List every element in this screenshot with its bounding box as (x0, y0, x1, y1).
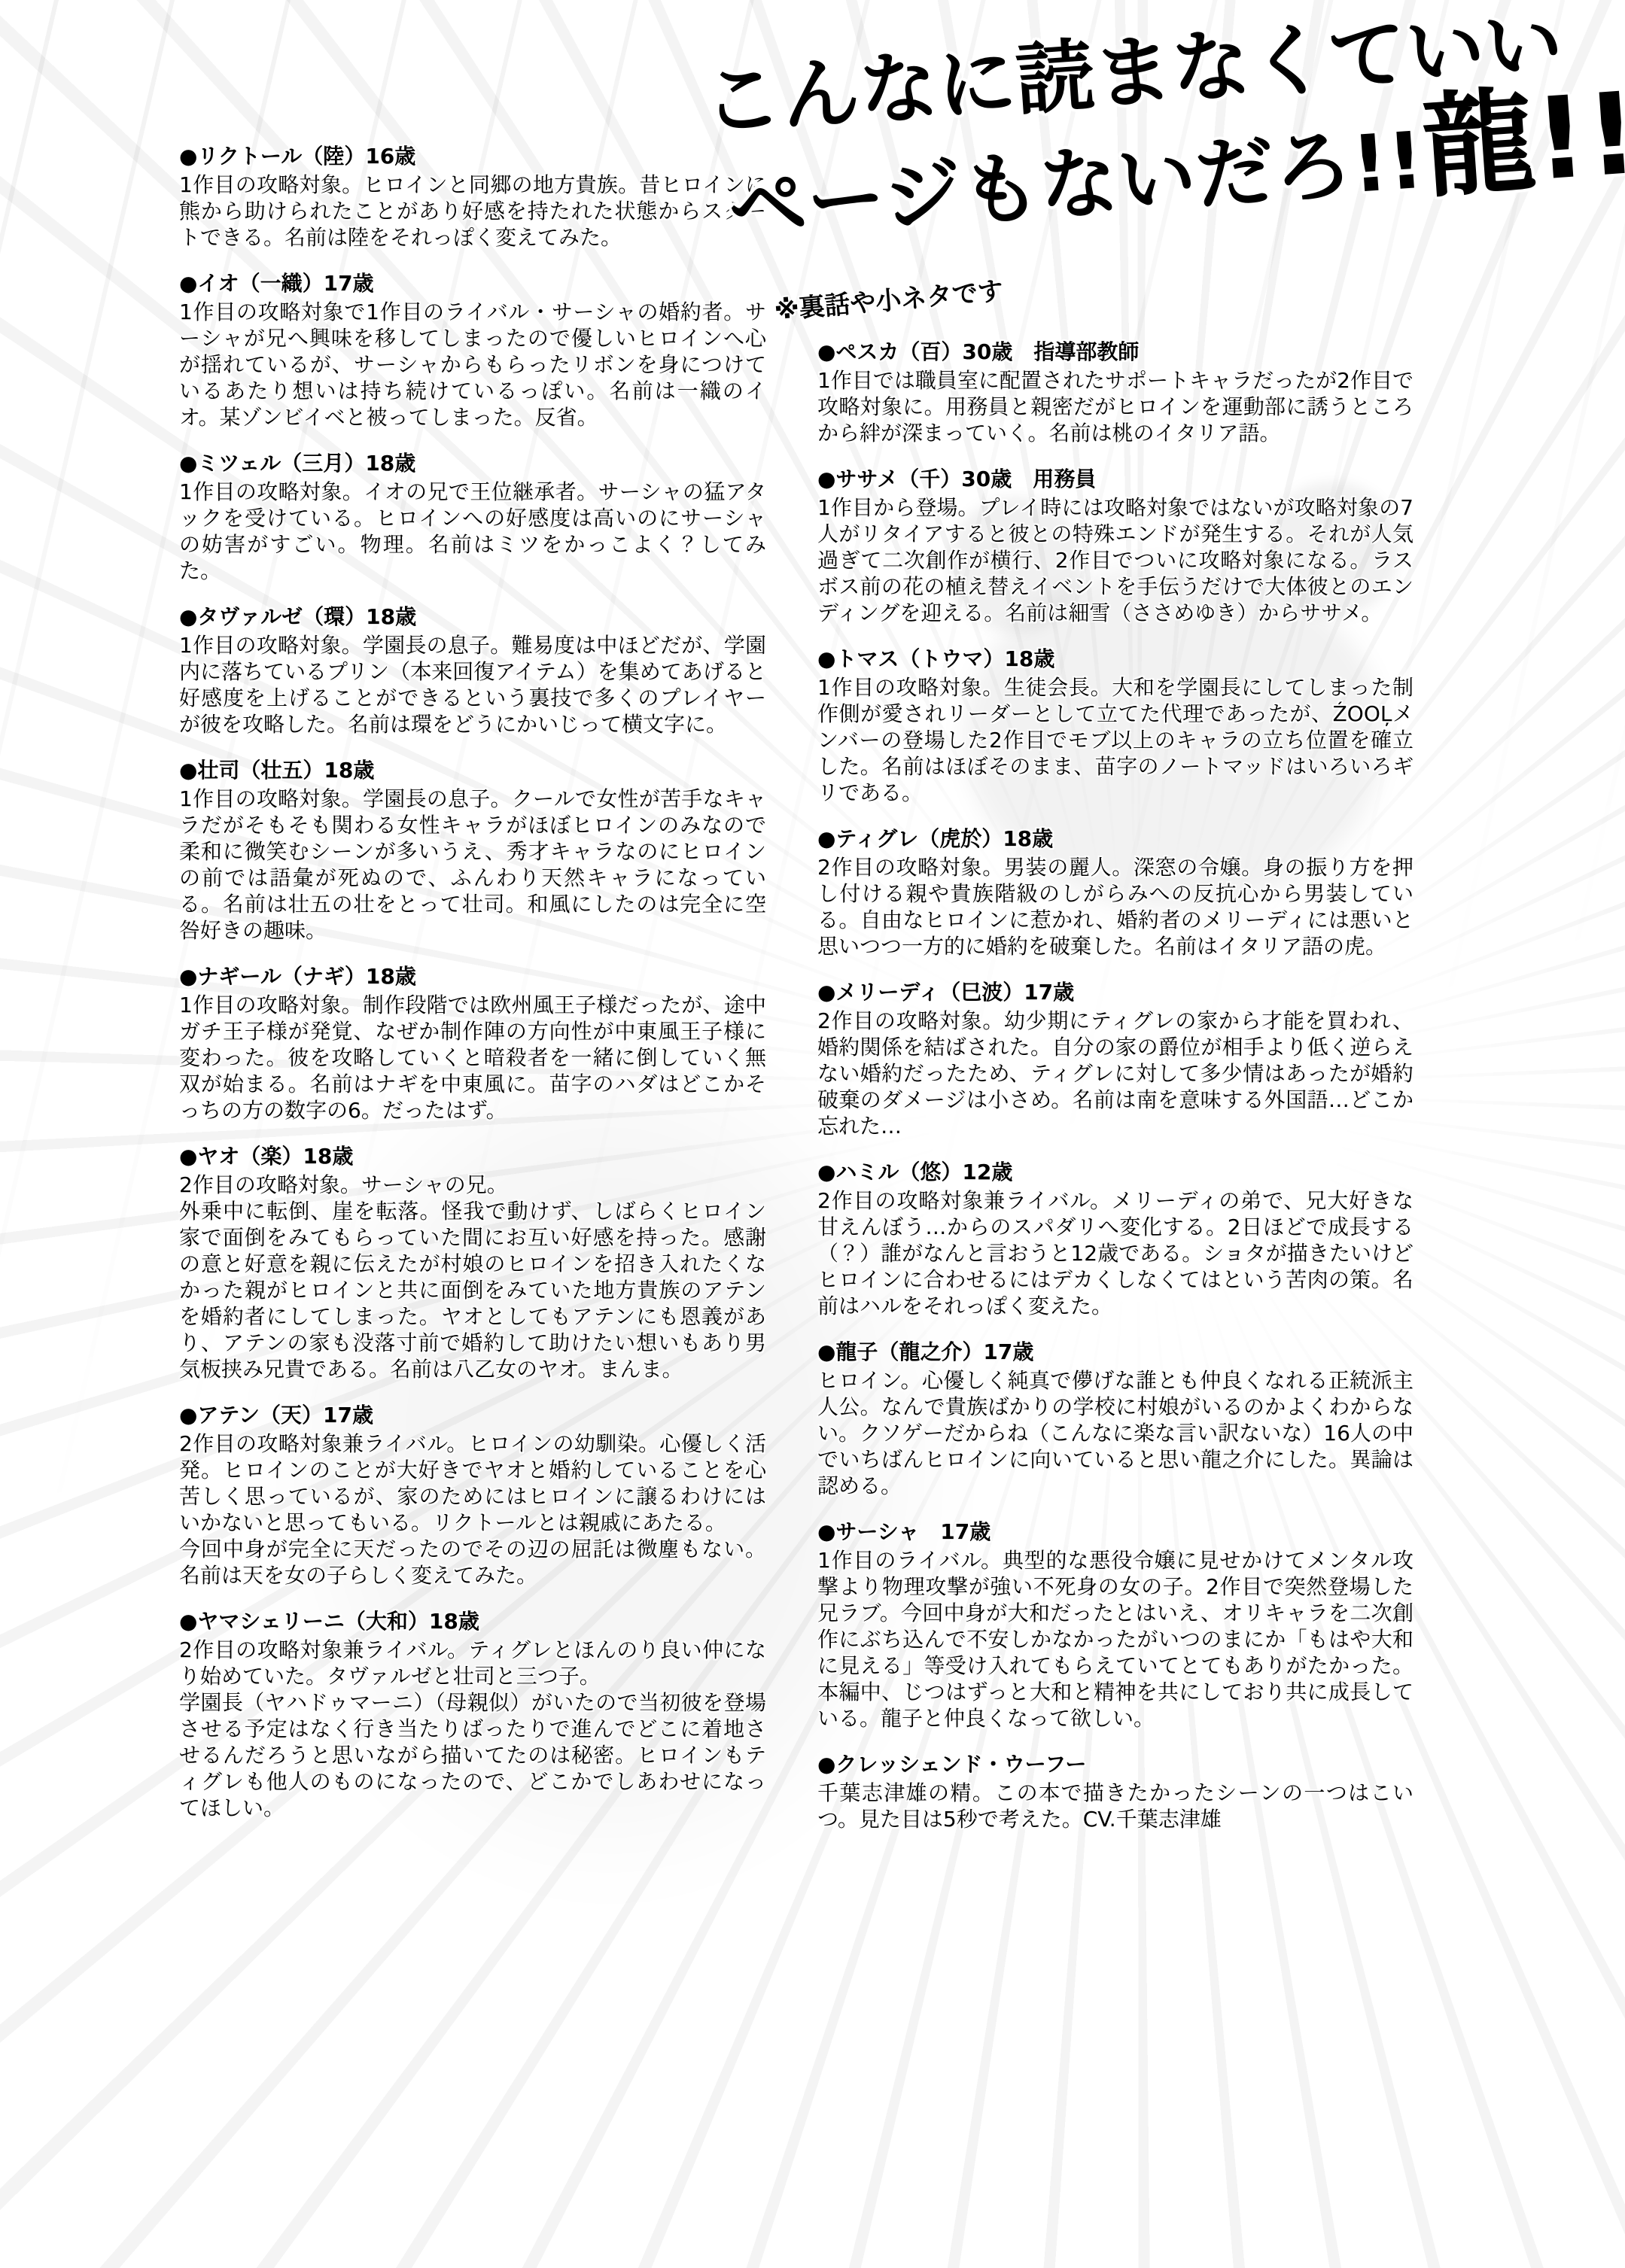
entry-header: ●ミツェル（三月）18歳 (179, 450, 766, 477)
entry-body: 2作目の攻略対象兼ライバル。メリーディの弟で、兄大好きな甘えんぼう…からのスパダ… (817, 1187, 1414, 1319)
entry-mitzel: ●ミツェル（三月）18歳 1作目の攻略対象。イオの兄で王位継承者。サーシャの猛ア… (179, 450, 766, 584)
entry-sasha: ●サーシャ 17歳 1作目のライバル。典型的な悪役令嬢に見せかけてメンタル攻撃よ… (817, 1519, 1414, 1731)
entry-tavalze: ●タヴァルゼ（環）18歳 1作目の攻略対象。学園長の息子。難易度は中ほどだが、学… (179, 603, 766, 737)
entry-body: 1作目の攻略対象。学園長の息子。クールで女性が苦手なキャラだがそもそも関わる女性… (179, 786, 766, 944)
entry-header: ●ハミル（悠）12歳 (817, 1159, 1414, 1186)
entry-body: 1作目の攻略対象。ヒロインと同郷の地方貴族。昔ヒロインに熊から助けられたことがあ… (179, 172, 766, 251)
entry-soshi: ●壮司（壮五）18歳 1作目の攻略対象。学園長の息子。クールで女性が苦手なキャラ… (179, 757, 766, 944)
entry-header: ●ペスカ（百）30歳 指導部教師 (817, 339, 1414, 366)
right-column: ●ペスカ（百）30歳 指導部教師 1作目では職員室に配置されたサポートキャラだっ… (817, 339, 1414, 1852)
entry-tigre: ●ティグレ（虎於）18歳 2作目の攻略対象。男装の麗人。深窓の令嬢。身の振り方を… (817, 825, 1414, 959)
entry-body: 千葉志津雄の精。この本で描きたかったシーンの一つはこいつ。見た目は5秒で考えた。… (817, 1780, 1414, 1832)
entry-pesca: ●ペスカ（百）30歳 指導部教師 1作目では職員室に配置されたサポートキャラだっ… (817, 339, 1414, 446)
entry-nagir: ●ナギール（ナギ）18歳 1作目の攻略対象。制作段階では欧州風王子様だったが、途… (179, 963, 766, 1123)
entry-io: ●イオ（一織）17歳 1作目の攻略対象で1作目のライバル・サーシャの婚約者。サー… (179, 270, 766, 430)
entry-ryuko: ●龍子（龍之介）17歳 ヒロイン。心優しく純真で儚げな誰とも仲良くなれる正統派主… (817, 1339, 1414, 1499)
entry-body: 2作目の攻略対象兼ライバル。ティグレとほんのり良い仲になり始めていた。タヴァルゼ… (179, 1637, 766, 1821)
entry-header: ●ササメ（千）30歳 用務員 (817, 466, 1414, 493)
entry-header: ●ヤマシェリーニ（大和）18歳 (179, 1608, 766, 1635)
entry-header: ●リクトール（陸）16歳 (179, 143, 766, 170)
entry-header: ●トマス（トウマ）18歳 (817, 646, 1414, 673)
entry-header: ●ヤオ（楽）18歳 (179, 1143, 766, 1170)
entry-tomas: ●トマス（トウマ）18歳 1作目の攻略対象。生徒会長。大和を学園長にしてしまった… (817, 646, 1414, 806)
entry-header: ●サーシャ 17歳 (817, 1519, 1414, 1546)
entry-body: 1作目の攻略対象。生徒会長。大和を学園長にしてしまった制作側が愛されリーダーとし… (817, 674, 1414, 806)
entry-body: 2作目の攻略対象兼ライバル。ヒロインの幼馴染。心優しく活発。ヒロインのことが大好… (179, 1430, 766, 1589)
entry-body: ヒロイン。心優しく純真で儚げな誰とも仲良くなれる正統派主人公。なんで貴族ばかりの… (817, 1367, 1414, 1499)
entry-header: ●タヴァルゼ（環）18歳 (179, 603, 766, 631)
entry-header: ●ナギール（ナギ）18歳 (179, 963, 766, 990)
entry-header: ●ティグレ（虎於）18歳 (817, 825, 1414, 853)
entry-header: ●イオ（一織）17歳 (179, 270, 766, 297)
entry-rictor: ●リクトール（陸）16歳 1作目の攻略対象。ヒロインと同郷の地方貴族。昔ヒロイン… (179, 143, 766, 251)
entry-header: ●クレッシェンド・ウーフー (817, 1751, 1414, 1778)
left-column: ●リクトール（陸）16歳 1作目の攻略対象。ヒロインと同郷の地方貴族。昔ヒロイン… (179, 143, 766, 1841)
entry-header: ●壮司（壮五）18歳 (179, 757, 766, 784)
entry-header: ●アテン（天）17歳 (179, 1402, 766, 1429)
entry-header: ●龍子（龍之介）17歳 (817, 1339, 1414, 1366)
entry-aten: ●アテン（天）17歳 2作目の攻略対象兼ライバル。ヒロインの幼馴染。心優しく活発… (179, 1402, 766, 1589)
entry-melidy: ●メリーディ（巳波）17歳 2作目の攻略対象。幼少期にティグレの家から才能を買わ… (817, 979, 1414, 1139)
entry-body: 1作目のライバル。典型的な悪役令嬢に見せかけてメンタル攻撃より物理攻撃が強い不死… (817, 1547, 1414, 1731)
entry-crescendo-woofoo: ●クレッシェンド・ウーフー 千葉志津雄の精。この本で描きたかったシーンの一つはこ… (817, 1751, 1414, 1832)
entry-yao: ●ヤオ（楽）18歳 2作目の攻略対象。サーシャの兄。 外乗中に転倒、崖を転落。怪… (179, 1143, 766, 1382)
entry-body: 2作目の攻略対象。幼少期にティグレの家から才能を買われ、婚約関係を結ばされた。自… (817, 1008, 1414, 1139)
entry-body: 1作目では職員室に配置されたサポートキャラだったが2作目で攻略対象に。用務員と親… (817, 367, 1414, 446)
entry-body: 1作目の攻略対象。イオの兄で王位継承者。サーシャの猛アタックを受けている。ヒロイ… (179, 479, 766, 584)
doujin-omake-page: こんなに読まなくていい ページもないだろ!!龍!!!! ※裏話や小ネタです ●リ… (0, 0, 1625, 2268)
entry-sasame: ●ササメ（千）30歳 用務員 1作目から登場。プレイ時には攻略対象ではないが攻略… (817, 466, 1414, 626)
entry-yamasherini: ●ヤマシェリーニ（大和）18歳 2作目の攻略対象兼ライバル。ティグレとほんのり良… (179, 1608, 766, 1821)
entry-body: 1作目の攻略対象。学園長の息子。難易度は中ほどだが、学園内に落ちているプリン（本… (179, 632, 766, 737)
title-emphasis: 龍!!!! (1418, 61, 1625, 214)
entry-header: ●メリーディ（巳波）17歳 (817, 979, 1414, 1006)
entry-body: 1作目の攻略対象。制作段階では欧州風王子様だったが、途中ガチ王子様が発覚、なぜか… (179, 992, 766, 1123)
entry-body: 2作目の攻略対象。男装の麗人。深窓の令嬢。身の振り方を押し付ける親や貴族階級のし… (817, 854, 1414, 959)
entry-body: 1作目の攻略対象で1作目のライバル・サーシャの婚約者。サーシャが兄へ興味を移して… (179, 299, 766, 430)
entry-hamil: ●ハミル（悠）12歳 2作目の攻略対象兼ライバル。メリーディの弟で、兄大好きな甘… (817, 1159, 1414, 1319)
entry-body: 1作目から登場。プレイ時には攻略対象ではないが攻略対象の7人がリタイアすると彼と… (817, 494, 1414, 626)
entry-body: 2作目の攻略対象。サーシャの兄。 外乗中に転倒、崖を転落。怪我で動けず、しばらく… (179, 1172, 766, 1382)
